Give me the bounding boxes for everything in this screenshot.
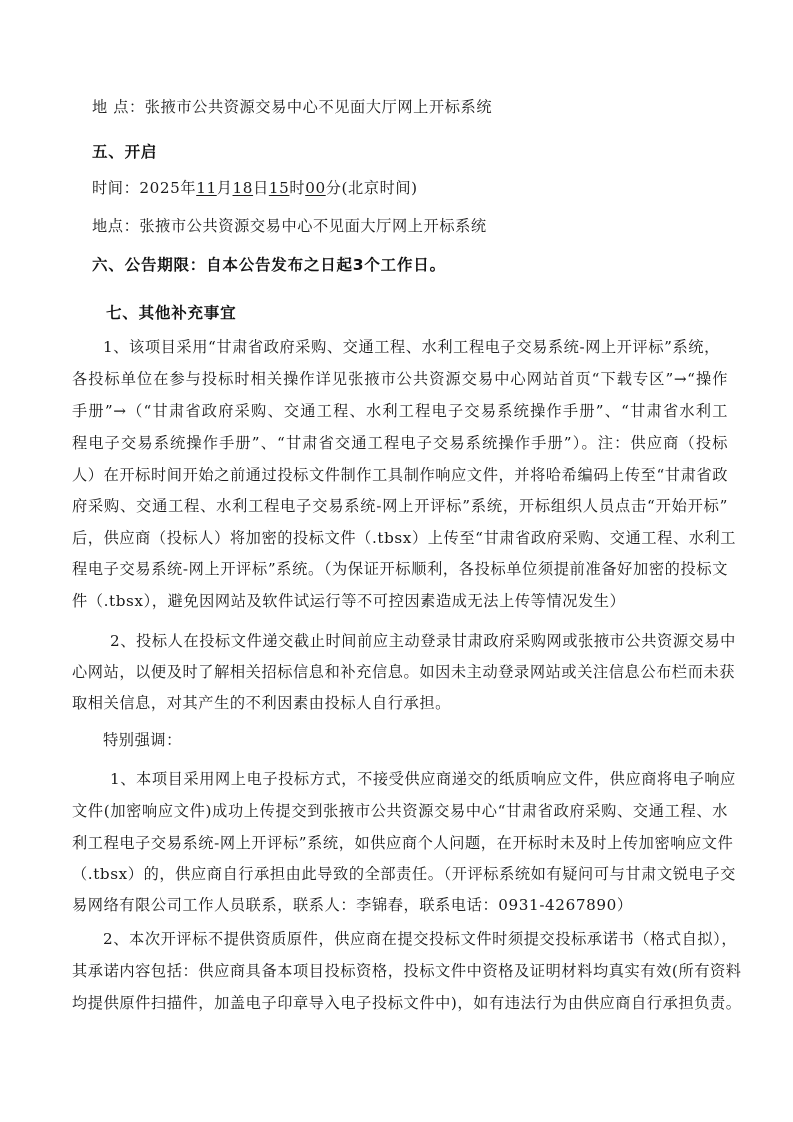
time-day-unit: 日: [253, 179, 269, 197]
para1-line: 人）在开标时间开始之前通过投标文件制作工具制作响应文件，并将哈希编码上传至“甘肃…: [72, 465, 728, 485]
para1-line: 程电子交易系统-网上开评标”系统。（为保证开标顺利，各投标单位须提前准备好加密的…: [72, 559, 728, 579]
para1-line: 1、该项目采用“甘肃省政府采购、交通工程、水利工程电子交易系统-网上开评标”系统…: [103, 337, 728, 357]
emph1-line: 利工程电子交易系统-网上开评标”系统，如供应商个人问题，在开标时未及时上传加密响…: [72, 833, 728, 853]
emph1-line: （.tbsx）的，供应商自行承担由此导致的全部责任。（开评标系统如有疑问可与甘肃…: [72, 864, 728, 884]
para1-line: 程电子交易系统操作手册”、“甘肃省交通工程电子交易系统操作手册”）。注：供应商（…: [72, 433, 728, 453]
time-month-unit: 月: [217, 179, 233, 197]
time-day: 18: [233, 179, 254, 197]
emph2-line: 其承诺内容包括：供应商具备本项目投标资格，投标文件中资格及证明材料均真实有效(所…: [72, 961, 728, 981]
para1-line: 各投标单位在参与投标时相关操作详见张掖市公共资源交易中心网站首页“下载专区”→“…: [72, 369, 728, 389]
section7-heading: 七、其他补充事宜: [106, 303, 236, 323]
emphasis-label: 特别强调：: [103, 730, 182, 750]
para2-line: 2、投标人在投标文件递交截止时间前应主动登录甘肃政府采购网或张掖市公共资源交易中: [110, 631, 728, 651]
para1-line: 件（.tbsx），避免因网站及软件试运行等不可控因素造成无法上传等情况发生）: [72, 591, 625, 611]
time-month: 11: [196, 179, 217, 197]
para1-line: 后，供应商（投标人）将加密的投标文件（.tbsx）上传至“甘肃省政府采购、交通工…: [72, 528, 728, 548]
time-hour: 15: [269, 179, 290, 197]
para2-line: 心网站，以便及时了解相关招标信息和补充信息。如因未主动登录网站或关注信息公布栏而…: [72, 662, 728, 682]
time-label: 时间：2025年: [92, 179, 196, 197]
para1-line: 府采购、交通工程、水利工程电子交易系统-网上开评标”系统，开标组织人员点击“开始…: [72, 496, 728, 516]
time-minute-unit: 分(北京时间): [326, 179, 418, 197]
emph1-line: 易网络有限公司工作人员联系，联系人：李锦春，联系电话：0931-4267890）: [72, 895, 633, 915]
section4-location: 地 点：张掖市公共资源交易中心不见面大厅网上开标系统: [92, 97, 492, 117]
document-page: 地 点：张掖市公共资源交易中心不见面大厅网上开标系统 五、开启 时间：2025年…: [0, 0, 793, 1122]
para1-line: 手册”→（“甘肃省政府采购、交通工程、水利工程电子交易系统操作手册”、“甘肃省水…: [72, 401, 728, 421]
time-hour-unit: 时: [289, 179, 305, 197]
section5-time: 时间：2025年11月18日15时00分(北京时间): [92, 178, 418, 198]
emph2-line: 2、本次开评标不提供资质原件，供应商在提交投标文件时须提交投标承诺书（格式自拟）…: [103, 929, 728, 949]
section6-heading: 六、公告期限：自本公告发布之日起3个工作日。: [92, 255, 446, 275]
section5-location: 地点：张掖市公共资源交易中心不见面大厅网上开标系统: [92, 216, 487, 236]
time-minute: 00: [305, 179, 326, 197]
para2-line: 取相关信息，对其产生的不利因素由投标人自行承担。: [72, 693, 451, 713]
section5-heading: 五、开启: [92, 142, 157, 162]
emph1-line: 1、本项目采用网上电子投标方式，不接受供应商递交的纸质响应文件，供应商将电子响应: [110, 769, 728, 789]
emph1-line: 文件(加密响应文件)成功上传提交到张掖市公共资源交易中心“甘肃省政府采购、交通工…: [72, 801, 728, 821]
emph2-line: 均提供原件扫描件，加盖电子印章导入电子投标文件中)，如有违法行为由供应商自行承担…: [72, 993, 728, 1013]
